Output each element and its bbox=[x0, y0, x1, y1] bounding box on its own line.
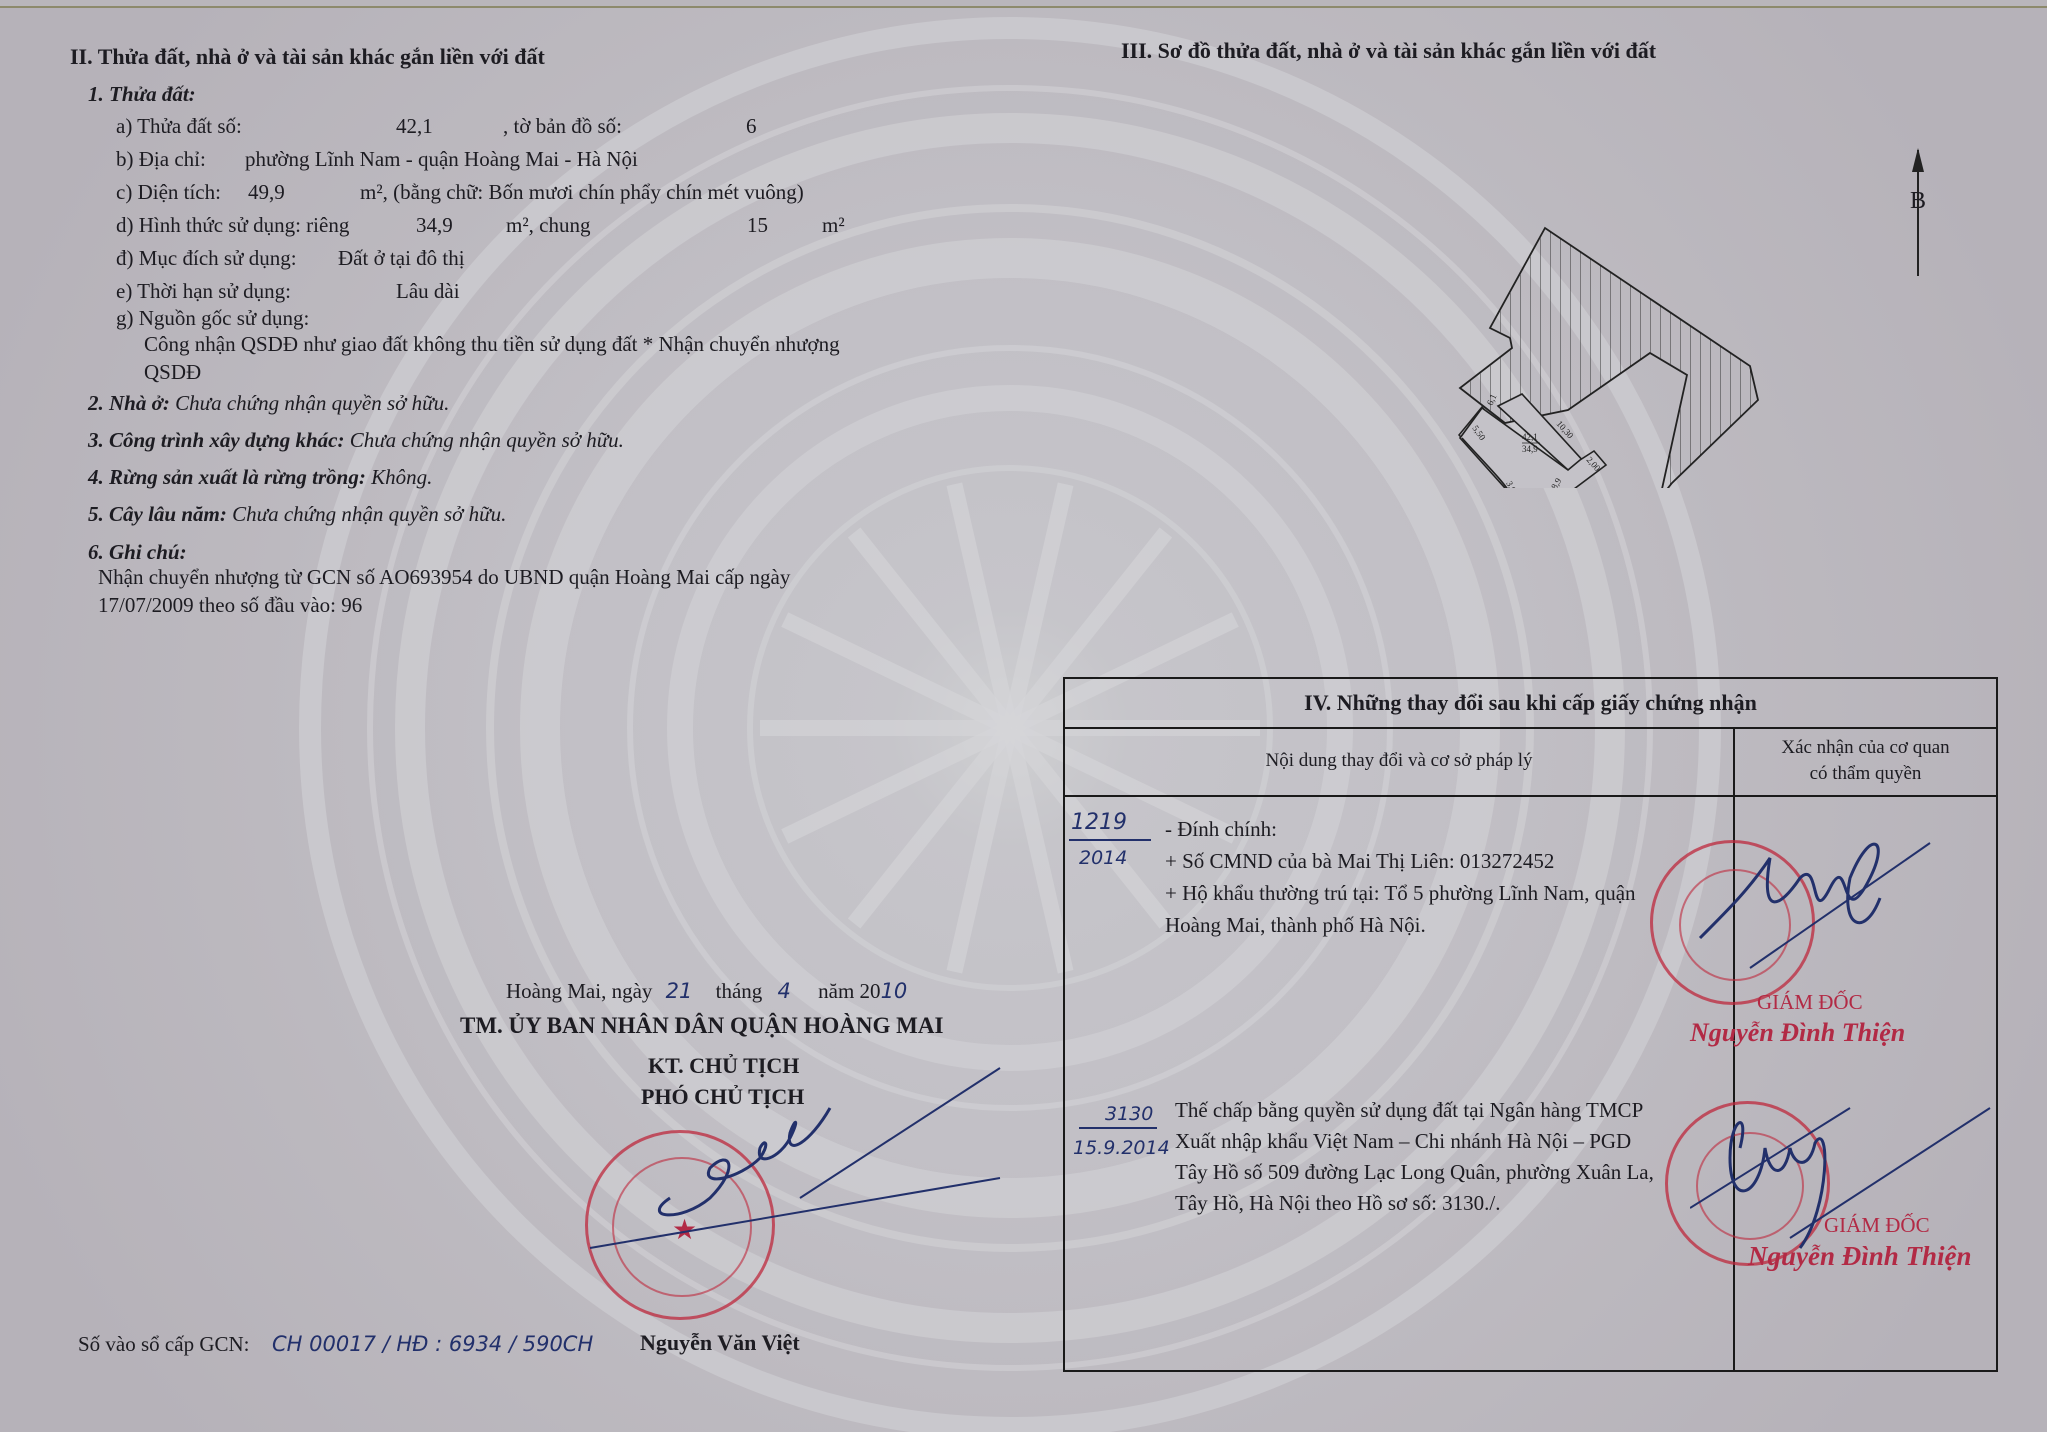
address-value: phường Lĩnh Nam - quận Hoàng Mai - Hà Nộ… bbox=[245, 147, 638, 172]
signing-month: 4 bbox=[778, 979, 791, 1003]
usage-shared-unit: m² bbox=[822, 213, 845, 238]
parcel-fraction-top: 42,1 bbox=[1522, 432, 1538, 442]
signing-day: 21 bbox=[666, 979, 693, 1003]
approver-name-1: Nguyễn Đình Thiện bbox=[1690, 1018, 1905, 1048]
section4-title: IV. Những thay đổi sau khi cấp giấy chứn… bbox=[1065, 679, 1996, 729]
entry-ref-divider bbox=[1079, 1127, 1157, 1129]
register-label: Số vào sổ cấp GCN: bbox=[78, 1332, 250, 1357]
purpose-value: Đất ở tại đô thị bbox=[338, 246, 465, 271]
other-works-value: Chưa chứng nhận quyền sở hữu. bbox=[350, 428, 624, 452]
entry-ref-number: 1219 bbox=[1071, 810, 1127, 835]
approver-title-2: GIÁM ĐỐC bbox=[1824, 1213, 1930, 1238]
entry-line: Tây Hồ, Hà Nội theo Hồ sơ số: 3130./. bbox=[1175, 1187, 1501, 1219]
entry-line: + Hộ khẩu thường trú tại: Tổ 5 phường Lĩ… bbox=[1165, 877, 1636, 909]
entry-ref-number: 3130 bbox=[1105, 1103, 1153, 1125]
map-sheet-label: , tờ bản đồ số: bbox=[503, 114, 622, 139]
stamp-star-icon: ★ bbox=[672, 1213, 697, 1247]
parcel-label: a) Thửa đất số: bbox=[116, 114, 242, 139]
term-value: Lâu dài bbox=[396, 279, 460, 304]
forest-value: Không. bbox=[371, 465, 432, 489]
perennial-trees-label: 5. Cây lâu năm: bbox=[88, 502, 227, 526]
parcel-number: 42,1 bbox=[396, 114, 433, 139]
entry-line: - Đính chính: bbox=[1165, 813, 1277, 845]
approver-title-1: GIÁM ĐỐC bbox=[1757, 990, 1863, 1015]
term-label: e) Thời hạn sử dụng: bbox=[116, 279, 291, 304]
north-label: B bbox=[1910, 188, 1926, 215]
section2-title: II. Thửa đất, nhà ở và tài sản khác gắn … bbox=[70, 44, 545, 70]
origin-line-2: QSDĐ bbox=[144, 360, 201, 385]
column-divider bbox=[1733, 727, 1735, 1370]
certificate-page: II. Thửa đất, nhà ở và tài sản khác gắn … bbox=[0, 6, 2047, 1432]
address-label: b) Địa chỉ: bbox=[116, 147, 206, 172]
register-value: CH 00017 / HĐ : 6934 / 590CH bbox=[272, 1332, 593, 1356]
entry-line: Hoàng Mai, thành phố Hà Nội. bbox=[1165, 909, 1426, 941]
house-value: Chưa chứng nhận quyền sở hữu. bbox=[175, 391, 449, 415]
district-stamp-icon: ★ bbox=[585, 1130, 775, 1320]
perennial-trees-value: Chưa chứng nhận quyền sở hữu. bbox=[232, 502, 506, 526]
entry-date: 2014 bbox=[1079, 847, 1127, 869]
entry-line: Thế chấp bằng quyền sử dụng đất tại Ngân… bbox=[1175, 1094, 1643, 1126]
origin-line-1: Công nhận QSDĐ như giao đất không thu ti… bbox=[144, 332, 840, 357]
signer-role-1: KT. CHỦ TỊCH bbox=[648, 1053, 799, 1079]
signing-date: Hoàng Mai, ngày 21 tháng 4 năm 2010 bbox=[506, 979, 907, 1004]
department-stamp-icon bbox=[1650, 840, 1815, 1005]
area-label: c) Diện tích: bbox=[116, 180, 221, 205]
changes-table-header-row: Nội dung thay đổi và cơ sở pháp lý Xác n… bbox=[1065, 727, 1996, 797]
purpose-label: đ) Mục đích sử dụng: bbox=[116, 246, 297, 271]
notes-line-1: Nhận chuyển nhượng từ GCN số AO693954 do… bbox=[98, 565, 790, 590]
notes-label: 6. Ghi chú: bbox=[88, 540, 187, 565]
map-sheet-number: 6 bbox=[746, 114, 757, 139]
north-arrow-icon bbox=[1912, 148, 1924, 172]
area-in-words: m², (bằng chữ: Bốn mươi chín phẩy chín m… bbox=[360, 180, 804, 205]
usage-shared-area: 15 bbox=[747, 213, 768, 238]
parcel-diagram: 42,1 34,9 10,30 5,50 3,00 2,00 2,00 6,1 … bbox=[1440, 138, 1960, 488]
entry-ref-divider bbox=[1069, 839, 1151, 841]
land-heading: 1. Thửa đất: bbox=[88, 82, 196, 107]
area-value: 49,9 bbox=[248, 180, 285, 205]
house-label: 2. Nhà ở: bbox=[88, 391, 170, 415]
col-header-content: Nội dung thay đổi và cơ sở pháp lý bbox=[1065, 727, 1733, 795]
forest-label: 4. Rừng sản xuất là rừng trồng: bbox=[88, 465, 366, 489]
signing-year: 10 bbox=[881, 979, 908, 1003]
signer-role-2: PHÓ CHỦ TỊCH bbox=[641, 1084, 804, 1110]
usage-form-label: d) Hình thức sử dụng: riêng bbox=[116, 213, 349, 238]
issuing-org: TM. ỦY BAN NHÂN DÂN QUẬN HOÀNG MAI bbox=[460, 1013, 943, 1039]
entry-line: + Số CMND của bà Mai Thị Liên: 013272452 bbox=[1165, 845, 1554, 877]
other-works-label: 3. Công trình xây dựng khác: bbox=[88, 428, 344, 452]
approver-name-2: Nguyễn Đình Thiện bbox=[1748, 1241, 1972, 1272]
entry-line: Xuất nhập khẩu Việt Nam – Chi nhánh Hà N… bbox=[1175, 1125, 1631, 1157]
usage-private-area: 34,9 bbox=[416, 213, 453, 238]
notes-line-2: 17/07/2009 theo số đầu vào: 96 bbox=[98, 593, 362, 618]
entry-line: Tây Hồ số 509 đường Lạc Long Quân, phườn… bbox=[1175, 1156, 1654, 1188]
entry-date: 15.9.2014 bbox=[1073, 1137, 1170, 1159]
signer-name: Nguyễn Văn Việt bbox=[640, 1330, 800, 1356]
origin-label: g) Nguồn gốc sử dụng: bbox=[116, 306, 309, 331]
parcel-fraction-bottom: 34,9 bbox=[1522, 444, 1538, 454]
usage-shared-label: m², chung bbox=[506, 213, 590, 238]
section3-title: III. Sơ đồ thửa đất, nhà ở và tài sản kh… bbox=[1121, 38, 1656, 64]
col-header-approval: Xác nhận của cơ quan có thẩm quyền bbox=[1735, 727, 1996, 795]
